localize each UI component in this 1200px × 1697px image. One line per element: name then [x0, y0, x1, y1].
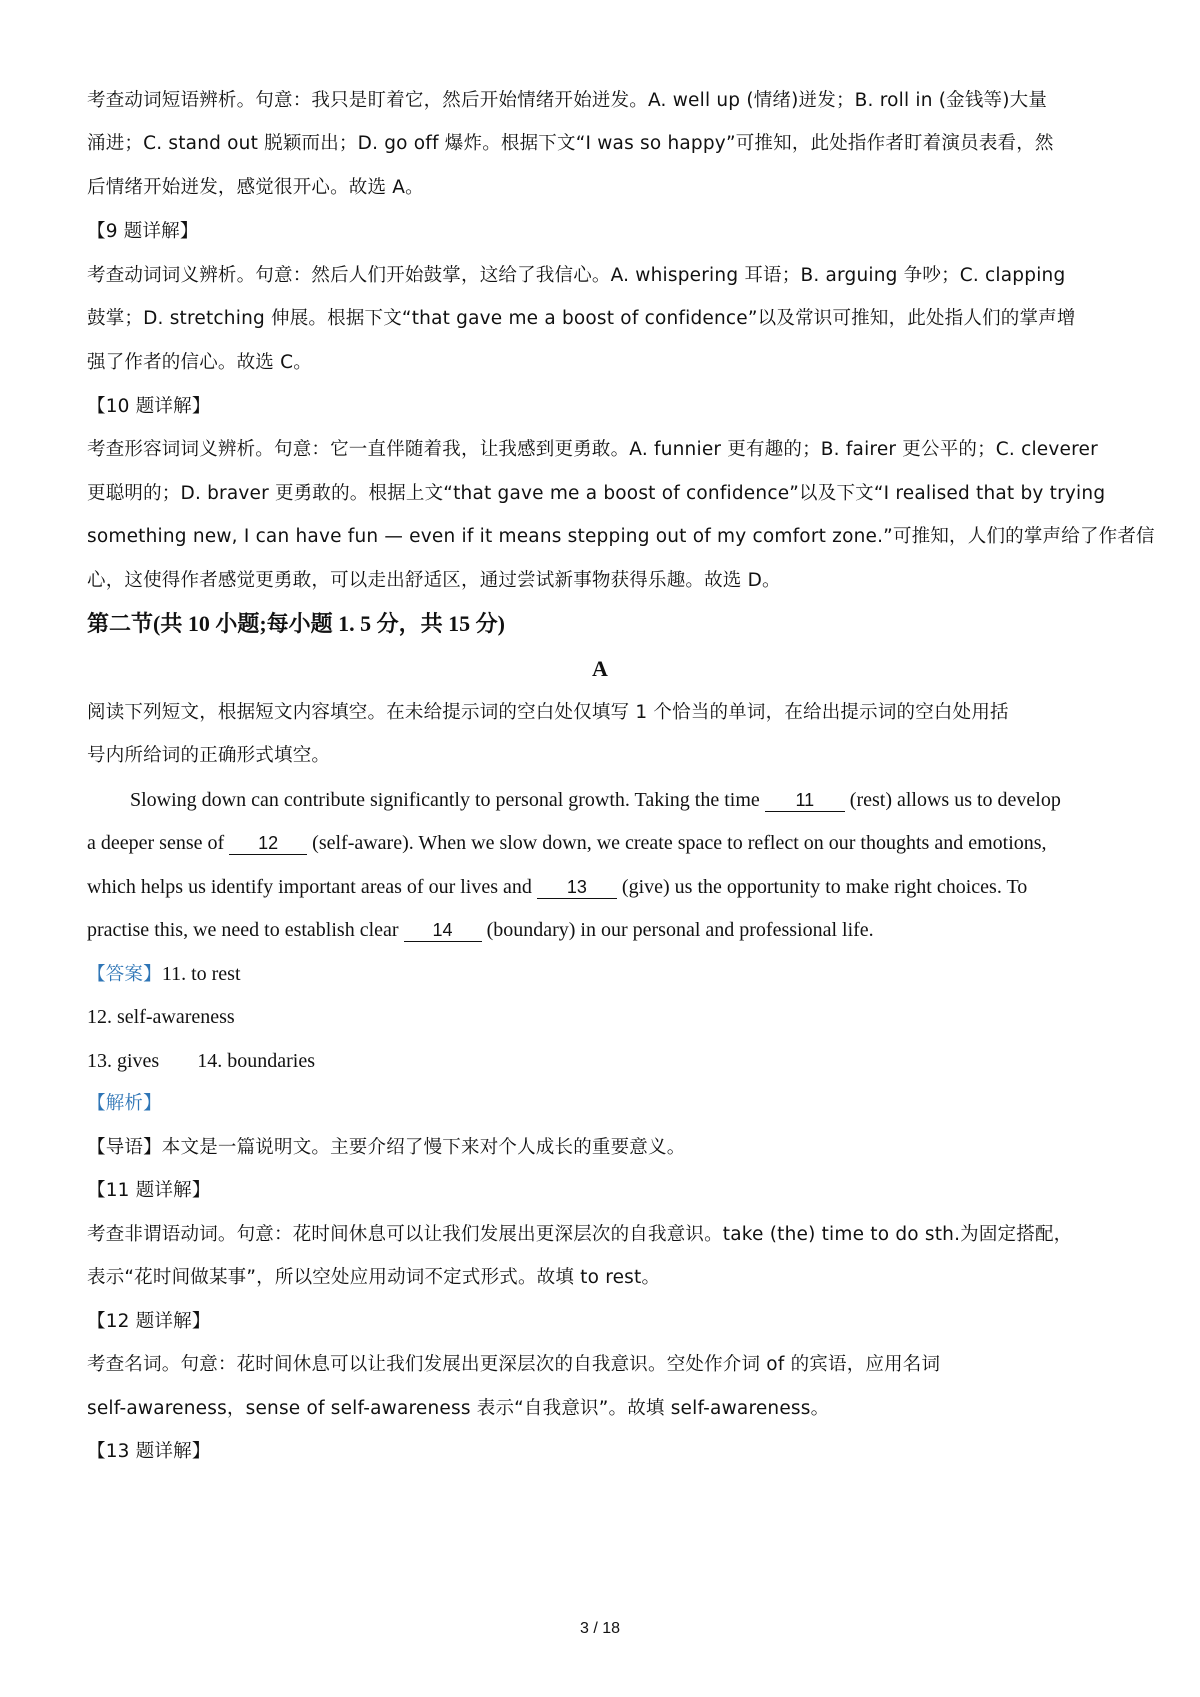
q10-explanation-line-2: 更聪明的；D. braver 更勇敢的。根据上文“that gave me a … — [87, 481, 1105, 507]
q9-explanation-line-1: 考查动词词义辨析。句意：然后人们开始鼓掌，这给了我信心。A. whisperin… — [87, 263, 1065, 289]
answer-13: 13. gives — [87, 1050, 159, 1072]
page-number: 3 / 18 — [0, 1620, 1200, 1638]
blank-13: 13 — [537, 876, 617, 899]
q8-explanation-line-1: 考查动词短语辨析。句意：我只是盯着它，然后开始情绪开始迸发。A. well up… — [87, 88, 1047, 114]
q9-title: 【9 题详解】 — [87, 219, 199, 245]
section-heading: 第二节(共 10 小题;每小题 1. 5 分，共 15 分) — [87, 611, 505, 637]
passage-line-2: a deeper sense of 12 (self-aware). When … — [87, 830, 1047, 856]
q10-title: 【10 题详解】 — [87, 394, 211, 420]
blank-11: 11 — [765, 789, 845, 812]
passage-text: which helps us identify important areas … — [87, 876, 537, 898]
q12-explanation-line-2: self-awareness，sense of self-awareness 表… — [87, 1396, 829, 1422]
q10-explanation-line-4: 心，这使得作者感觉更勇敢，可以走出舒适区，通过尝试新事物获得乐趣。故选 D。 — [87, 568, 781, 594]
passage-text: a deeper sense of — [87, 832, 229, 854]
passage-text: (rest) allows us to develop — [845, 789, 1061, 811]
passage-text: (self-aware). When we slow down, we crea… — [307, 832, 1046, 854]
answer-line-1: 【答案】11. to rest — [87, 961, 241, 988]
passage-line-3: which helps us identify important areas … — [87, 874, 1027, 900]
answer-12: 12. self-awareness — [87, 1004, 235, 1030]
answer-line-3: 13. gives14. boundaries — [87, 1048, 315, 1074]
passage-text: (give) us the opportunity to make right … — [617, 876, 1027, 898]
q9-explanation-line-2: 鼓掌；D. stretching 伸展。根据下文“that gave me a … — [87, 306, 1076, 332]
q8-explanation-line-2: 涌进；C. stand out 脱颖而出；D. go off 爆炸。根据下文“I… — [87, 131, 1054, 157]
passage-line-1: Slowing down can contribute significantl… — [130, 787, 1061, 813]
q10-explanation-line-1: 考查形容词词义辨析。句意：它一直伴随着我，让我感到更勇敢。A. funnier … — [87, 437, 1098, 463]
document-page: 考查动词短语辨析。句意：我只是盯着它，然后开始情绪开始迸发。A. well up… — [0, 0, 1200, 1697]
q9-explanation-line-3: 强了作者的信心。故选 C。 — [87, 350, 312, 376]
analysis-intro: 【导语】本文是一篇说明文。主要介绍了慢下来对个人成长的重要意义。 — [87, 1135, 685, 1161]
q12-title: 【12 题详解】 — [87, 1309, 211, 1335]
passage-text: Slowing down can contribute significantl… — [130, 789, 765, 811]
blank-14: 14 — [404, 919, 482, 942]
analysis-label: 【解析】 — [87, 1091, 162, 1117]
q8-explanation-line-3: 后情绪开始迸发，感觉很开心。故选 A。 — [87, 175, 424, 201]
passage-line-4: practise this, we need to establish clea… — [87, 917, 874, 943]
answer-14: 14. boundaries — [197, 1050, 315, 1072]
answer-11: 11. to rest — [162, 963, 241, 985]
q12-explanation-line-1: 考查名词。句意：花时间休息可以让我们发展出更深层次的自我意识。空处作介词 of … — [87, 1352, 940, 1378]
q10-explanation-line-3: something new, I can have fun — even if … — [87, 524, 1155, 550]
blank-12: 12 — [229, 832, 307, 855]
q11-title: 【11 题详解】 — [87, 1178, 211, 1204]
q13-title: 【13 题详解】 — [87, 1439, 211, 1465]
passage-label: A — [0, 656, 1200, 682]
passage-text: practise this, we need to establish clea… — [87, 919, 404, 941]
answer-label: 【答案】 — [87, 964, 162, 985]
passage-text: (boundary) in our personal and professio… — [482, 919, 874, 941]
instructions-line-2: 号内所给词的正确形式填空。 — [87, 743, 330, 769]
instructions-line-1: 阅读下列短文，根据短文内容填空。在未给提示词的空白处仅填写 1 个恰当的单词，在… — [87, 700, 1009, 726]
q11-explanation-line-2: 表示“花时间做某事”，所以空处应用动词不定式形式。故填 to rest。 — [87, 1265, 660, 1291]
q11-explanation-line-1: 考查非谓语动词。句意：花时间休息可以让我们发展出更深层次的自我意识。take (… — [87, 1222, 1072, 1248]
